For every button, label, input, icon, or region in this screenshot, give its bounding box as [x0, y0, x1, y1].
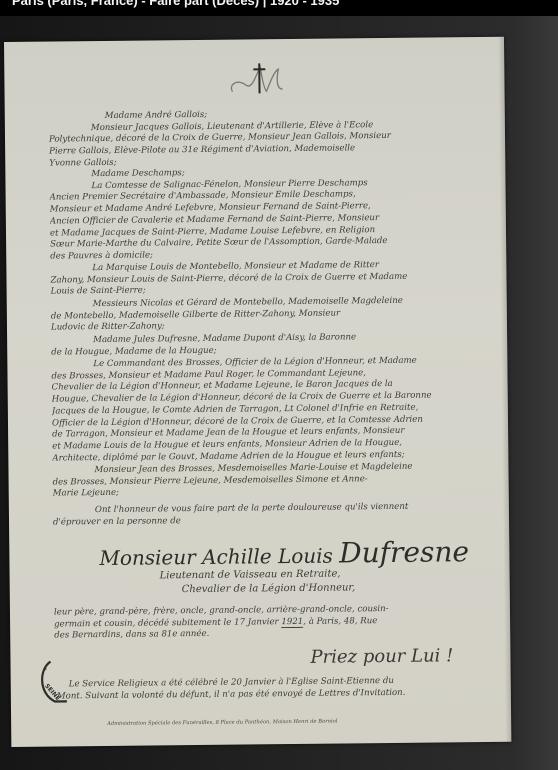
deceased-surname: Dufresne — [339, 535, 469, 569]
deceased-given-names: Monsieur Achille Louis — [99, 544, 333, 570]
family-paragraph-ritter-zahony: Messieurs Nicolas et Gérard de Montebell… — [51, 295, 501, 335]
printer-imprint: Administration Spéciale des Funérailles,… — [107, 719, 337, 727]
prayer-line: Priez pour Lui ! — [310, 645, 453, 667]
window-title-bar: Paris (Paris, France) - Faire part (Décè… — [0, 0, 558, 16]
service-note: Le Service Religieux a été célébré le 20… — [57, 675, 507, 703]
text-fragment: , à Paris, 48, Rue — [303, 616, 377, 627]
death-year: 1921 — [281, 617, 303, 628]
family-paragraph-montebello: La Marquise Louis de Montebello, Monsieu… — [50, 259, 500, 299]
death-announcement-card: Madame André Gallois; Monsieur Jacques G… — [4, 37, 511, 747]
window-title: Paris (Paris, France) - Faire part (Décè… — [12, 0, 339, 8]
relationship-paragraph: leur père, grand-père, frère, oncle, gra… — [54, 603, 504, 643]
deceased-name: Monsieur Achille Louis Dufresne — [99, 535, 469, 572]
announcement-sentence: Ont l'honneur de vous faire part de la p… — [53, 501, 503, 529]
svg-text:*: * — [45, 668, 48, 674]
family-paragraph-deschamps: Madame Deschamps; La Comtesse de Saligna… — [49, 165, 500, 263]
deceased-decoration: Chevalier de la Légion d'Honneur, — [182, 582, 356, 595]
text-fragment: germain et cousin, décédé subitement le … — [54, 617, 281, 629]
family-paragraph-des-brosses: Le Commandant des Brosses, Officier de l… — [51, 355, 502, 465]
family-paragraph-gallois: Madame André Gallois; Monsieur Jacques G… — [49, 107, 500, 170]
cross-monogram-icon — [226, 59, 286, 100]
family-paragraph-lejeune: Monsieur Jean des Brosses, Mesdemoiselle… — [52, 461, 502, 501]
deceased-rank: Lieutenant de Vaisseau en Retraite, — [160, 569, 341, 582]
